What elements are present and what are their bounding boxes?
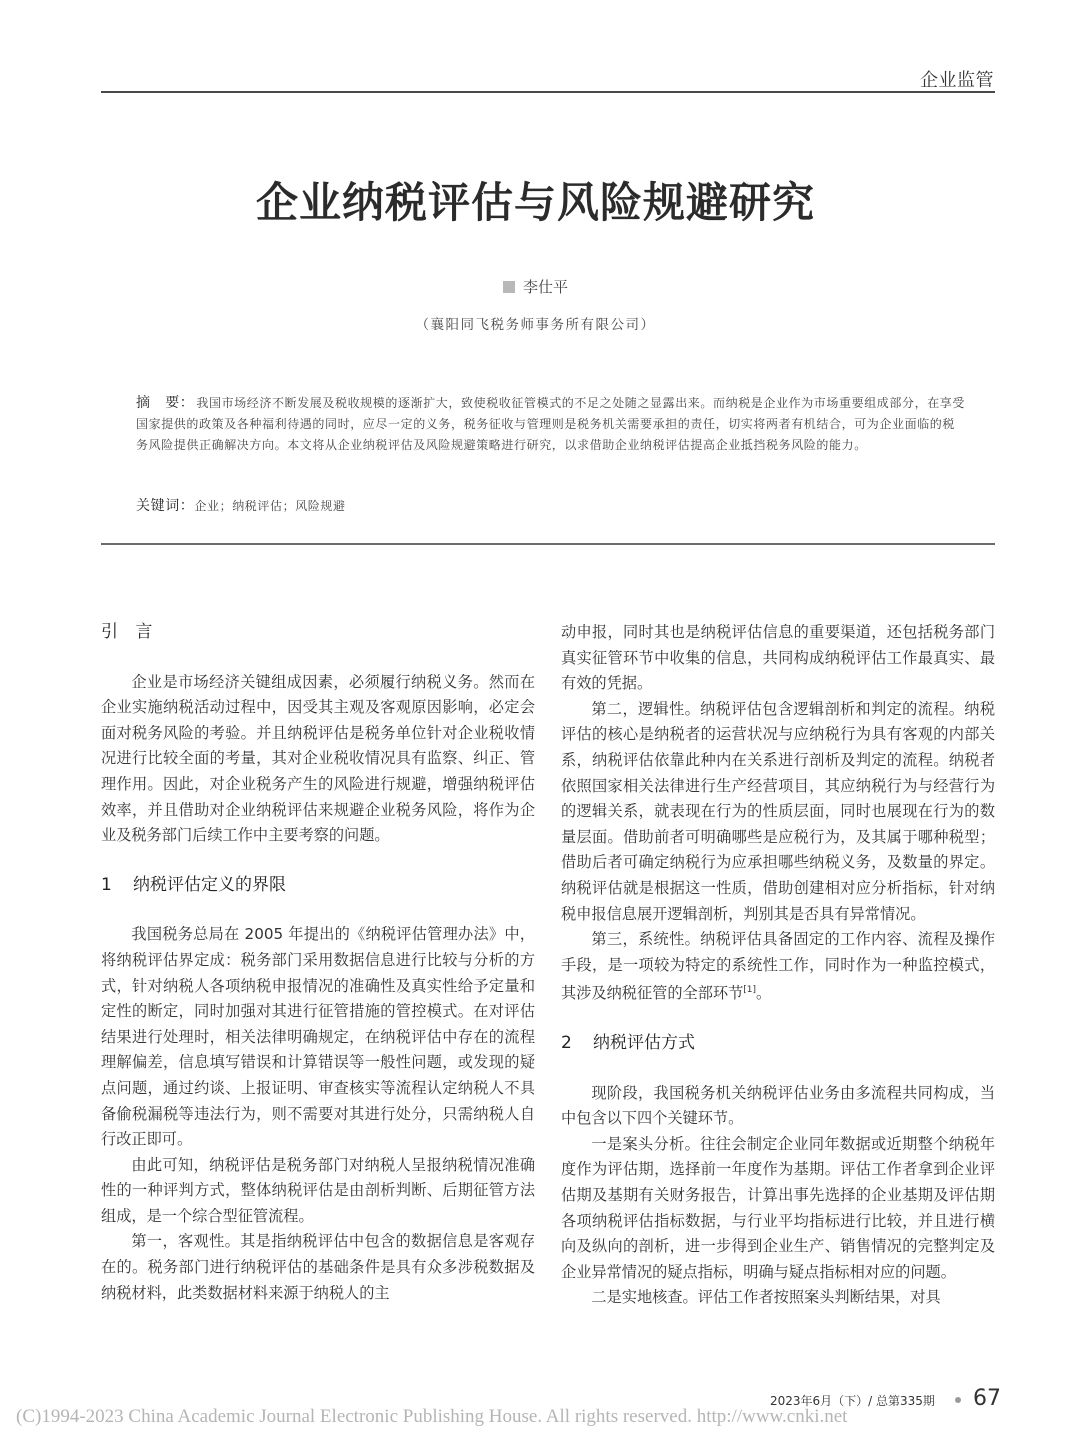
paragraph: 第二，逻辑性。纳税评估包含逻辑剖析和判定的流程。纳税评估的核心是纳税者的运营状况… bbox=[561, 697, 995, 927]
copyright-watermark: (C)1994-2023 China Academic Journal Elec… bbox=[16, 1406, 847, 1428]
author-square-icon bbox=[503, 281, 515, 293]
header-rule bbox=[101, 91, 995, 93]
abstract-rule bbox=[101, 543, 995, 545]
keywords: 关键词：企业；纳税评估；风险规避 bbox=[136, 495, 346, 515]
keywords-text: 企业；纳税评估；风险规避 bbox=[194, 499, 345, 513]
citation-ref[interactable]: [1] bbox=[743, 985, 756, 995]
right-column: 动申报，同时其也是纳税评估信息的重要渠道，还包括税务部门真实征管环节中收集的信息… bbox=[561, 620, 995, 1311]
paragraph: 动申报，同时其也是纳税评估信息的重要渠道，还包括税务部门真实征管环节中收集的信息… bbox=[561, 620, 995, 697]
paragraph: 第三，系统性。纳税评估具备固定的工作内容、流程及操作手段，是一项较为特定的系统性… bbox=[561, 927, 995, 1007]
bullet-dot-icon bbox=[955, 1397, 961, 1403]
section-number: 1 bbox=[101, 873, 133, 899]
paragraph: 我国税务总局在 2005 年提出的《纳税评估管理办法》中，将纳税评估界定成：税务… bbox=[101, 922, 535, 1152]
paragraph-text: 第三，系统性。纳税评估具备固定的工作内容、流程及操作手段，是一项较为特定的系统性… bbox=[561, 930, 995, 1002]
section-2-heading: 2纳税评估方式 bbox=[561, 1031, 995, 1057]
author-affiliation: （襄阳同飞税务师事务所有限公司） bbox=[0, 313, 1071, 333]
page-number: 67 bbox=[973, 1386, 1001, 1411]
abstract: 摘 要：我国市场经济不断发展及税收规模的逐渐扩大，致使税收征管模式的不足之处随之… bbox=[136, 393, 966, 456]
abstract-label: 摘 要： bbox=[136, 395, 194, 411]
author-name: 李仕平 bbox=[523, 278, 568, 296]
section-number: 2 bbox=[561, 1031, 593, 1057]
keywords-label: 关键词： bbox=[136, 498, 194, 514]
paragraph-end: 。 bbox=[756, 984, 771, 1002]
section-1-heading: 1纳税评估定义的界限 bbox=[101, 873, 535, 899]
paragraph: 现阶段，我国税务机关纳税评估业务由多流程共同构成，当中包含以下四个关键环节。 bbox=[561, 1081, 995, 1132]
paragraph: 企业是市场经济关键组成因素，必须履行纳税义务。然而在企业实施纳税活动过程中，因受… bbox=[101, 670, 535, 849]
paragraph: 一是案头分析。往往会制定企业同年数据或近期整个纳税年度作为评估期，选择前一年度作… bbox=[561, 1132, 995, 1286]
section-tag: 企业监管 bbox=[920, 66, 994, 92]
paragraph: 二是实地核查。评估工作者按照案头判断结果，对具 bbox=[561, 1285, 995, 1311]
section-title: 纳税评估方式 bbox=[593, 1033, 695, 1053]
author-line: 李仕平 bbox=[0, 276, 1071, 297]
paragraph: 第一，客观性。其是指纳税评估中包含的数据信息是客观存在的。税务部门进行纳税评估的… bbox=[101, 1229, 535, 1306]
abstract-text: 我国市场经济不断发展及税收规模的逐渐扩大，致使税收征管模式的不足之处随之显露出来… bbox=[136, 396, 965, 452]
paragraph: 由此可知，纳税评估是税务部门对纳税人呈报纳税情况准确性的一种评判方式，整体纳税评… bbox=[101, 1153, 535, 1230]
article-title: 企业纳税评估与风险规避研究 bbox=[0, 170, 1071, 230]
intro-heading: 引 言 bbox=[101, 620, 535, 646]
section-title: 纳税评估定义的界限 bbox=[133, 875, 286, 895]
left-column: 引 言 企业是市场经济关键组成因素，必须履行纳税义务。然而在企业实施纳税活动过程… bbox=[101, 620, 535, 1306]
